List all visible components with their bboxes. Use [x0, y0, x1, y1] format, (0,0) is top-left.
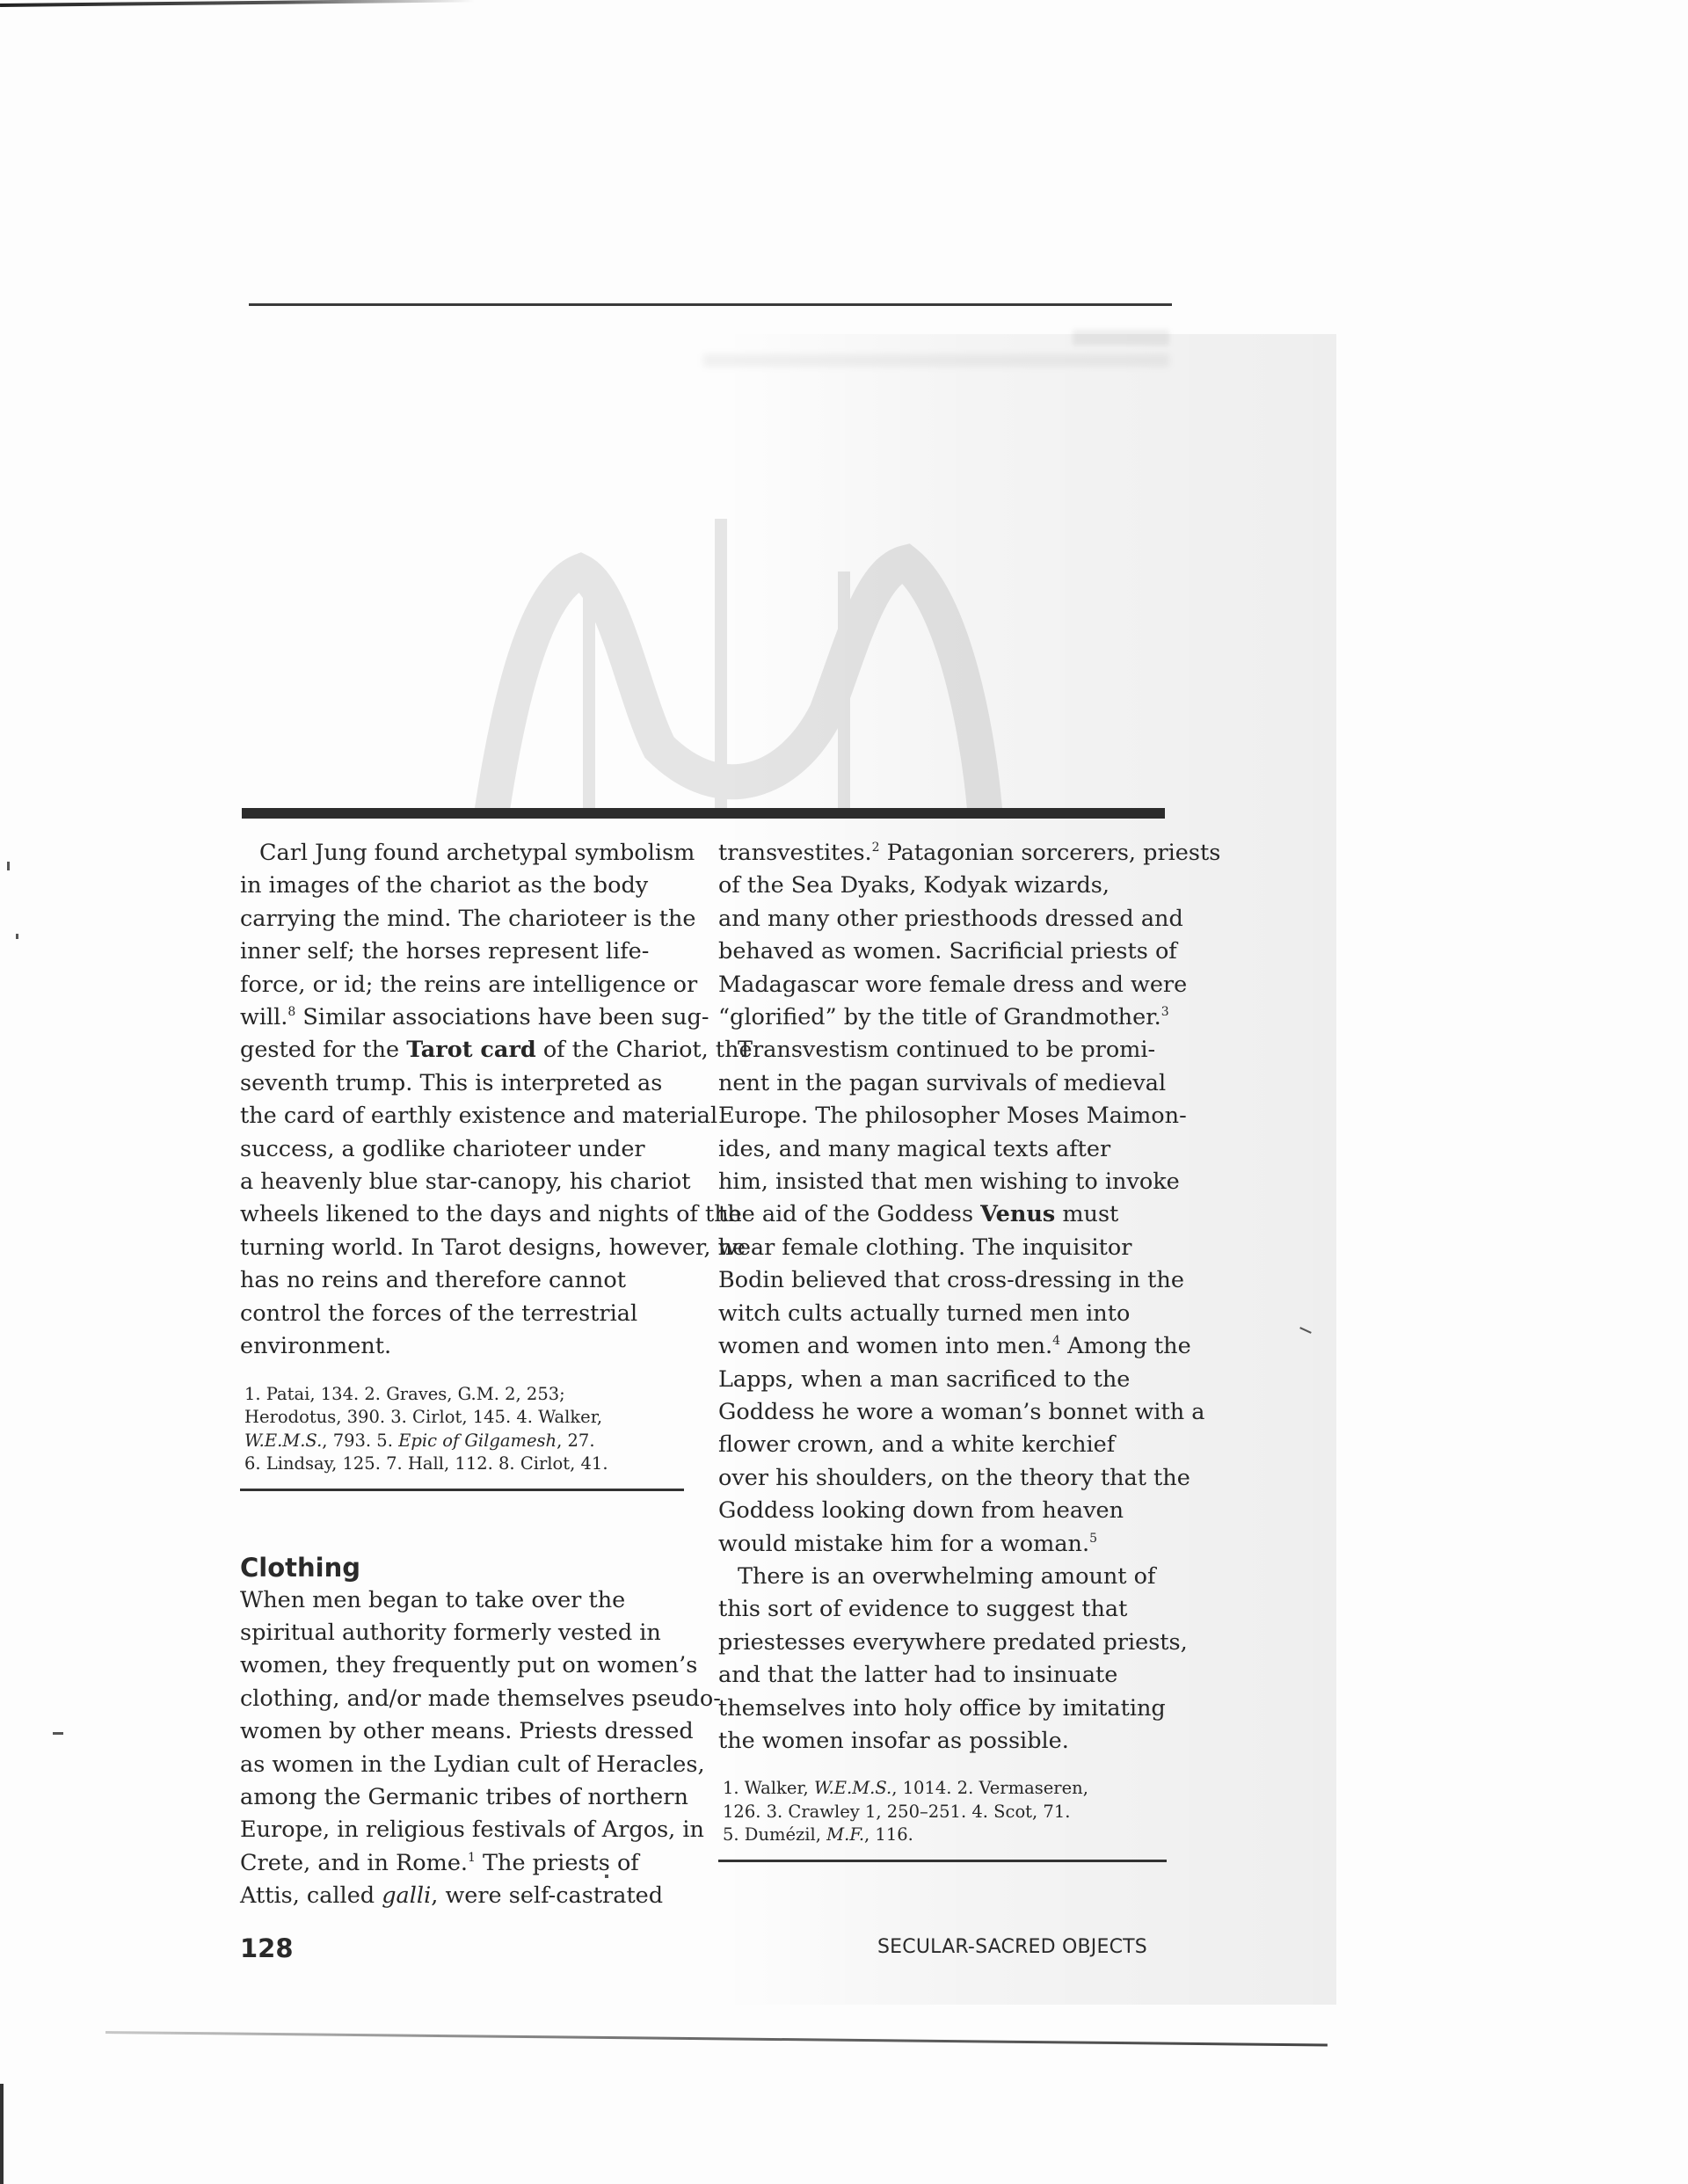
text-line: success, a godlike charioteer under — [240, 1133, 697, 1166]
text-line: nent in the pagan survivals of medieval — [718, 1067, 1180, 1100]
text-fragment: Patagonian sorcerers, priests — [880, 840, 1221, 866]
section-divider-bar — [242, 808, 1165, 819]
text-line: Goddess he wore a woman’s bonnet with a — [718, 1396, 1180, 1429]
footnote-line: 1. Patai, 134. 2. Graves, G.M. 2, 253; — [244, 1383, 697, 1407]
footnote-marker: 5 — [1089, 1532, 1097, 1546]
text-fragment: gested for the — [240, 1037, 406, 1063]
text-line: Bodin believed that cross-dressing in th… — [718, 1264, 1180, 1297]
text-line: women, they frequently put on women’s — [240, 1649, 697, 1682]
text-line: seventh trump. This is interpreted as — [240, 1067, 697, 1100]
text-line: and that the latter had to insinuate — [718, 1659, 1180, 1692]
scan-speck — [53, 1732, 63, 1735]
scan-edge-top — [0, 0, 475, 7]
text-line: “glorified” by the title of Grandmother.… — [718, 1001, 1180, 1034]
footnote-marker: 1 — [468, 1851, 476, 1865]
text-fragment: galli — [382, 1882, 431, 1909]
text-line: priestesses everywhere predated priests, — [718, 1627, 1180, 1659]
clothing-footnotes: 1. Walker, W.E.M.S., 1014. 2. Vermaseren… — [718, 1777, 1180, 1847]
text-line: the aid of the Goddess Venus must — [718, 1198, 1180, 1231]
text-line: as women in the Lydian cult of Heracles, — [240, 1749, 697, 1781]
text-line: Europe, in religious festivals of Argos,… — [240, 1814, 697, 1846]
text-line: There is an overwhelming amount of — [718, 1561, 1180, 1593]
footnote-line: 1. Walker, W.E.M.S., 1014. 2. Vermaseren… — [723, 1777, 1180, 1801]
text-line: in images of the chariot as the body — [240, 870, 697, 902]
text-line: force, or id; the reins are intelligence… — [240, 969, 697, 1001]
bleedthrough-heading — [1073, 330, 1169, 346]
conclusion-paragraph: There is an overwhelming amount of this … — [718, 1561, 1180, 1758]
text-line: the card of earthly existence and materi… — [240, 1100, 697, 1132]
text-fragment: M.F. — [826, 1824, 864, 1845]
text-line: Goddess looking down from heaven — [718, 1495, 1180, 1527]
text-line: spiritual authority formerly vested in — [240, 1617, 697, 1649]
text-line: among the Germanic tribes of northern — [240, 1781, 697, 1814]
text-line: the women insofar as possible. — [718, 1725, 1180, 1758]
text-line: flower crown, and a white kerchief — [718, 1429, 1180, 1461]
text-line: control the forces of the terrestrial — [240, 1298, 697, 1330]
text-line: Lapps, when a man sacrificed to the — [718, 1364, 1180, 1396]
text-line: has no reins and therefore cannot — [240, 1264, 697, 1297]
page-number: 128 — [240, 1933, 294, 1963]
right-column: transvestites.2 Patagonian sorcerers, pr… — [718, 837, 1180, 1862]
transvestism-paragraph: Transvestism continued to be promi- nent… — [718, 1034, 1180, 1561]
text-fragment: would mistake him for a woman. — [718, 1531, 1089, 1557]
bleedthrough-subheading — [703, 354, 1169, 367]
text-fragment: , 27. — [557, 1431, 594, 1451]
text-line: of the Sea Dyaks, Kodyak wizards, — [718, 870, 1180, 902]
text-fragment: Crete, and in Rome. — [240, 1850, 468, 1876]
text-line: gested for the Tarot card of the Chariot… — [240, 1034, 697, 1067]
text-fragment: must — [1055, 1201, 1118, 1227]
footnote-marker: 8 — [287, 1005, 295, 1019]
running-head: SECULAR-SACRED OBJECTS — [877, 1936, 1147, 1958]
text-fragment: the aid of the Goddess — [718, 1201, 980, 1227]
text-line: women and women into men.4 Among the — [718, 1330, 1180, 1363]
footnote-rule — [240, 1489, 684, 1491]
text-fragment: 1. Walker, — [723, 1778, 814, 1798]
text-line: environment. — [240, 1330, 697, 1363]
footnote-line: 126. 3. Crawley 1, 250–251. 4. Scot, 71. — [723, 1801, 1180, 1824]
text-line: wheels likened to the days and nights of… — [240, 1198, 697, 1231]
text-line: witch cults actually turned men into — [718, 1298, 1180, 1330]
text-line: women by other means. Priests dressed — [240, 1715, 697, 1748]
scan-edge-left — [0, 2084, 4, 2184]
footnote-rule — [718, 1860, 1167, 1862]
scan-edge-bottom — [105, 2031, 1328, 2047]
footnote-marker: 2 — [872, 841, 880, 855]
footnote-marker: 4 — [1052, 1334, 1060, 1348]
text-fragment: W.E.M.S. — [814, 1778, 891, 1798]
text-fragment: , 116. — [864, 1824, 913, 1845]
text-line: a heavenly blue star-canopy, his chariot — [240, 1166, 697, 1198]
text-fragment: 5. Dumézil, — [723, 1824, 826, 1845]
chariot-footnotes: 1. Patai, 134. 2. Graves, G.M. 2, 253; H… — [240, 1383, 697, 1476]
text-fragment: Similar associations have been sug- — [295, 1004, 709, 1030]
clothing-paragraph-continued: transvestites.2 Patagonian sorcerers, pr… — [718, 837, 1180, 1034]
text-fragment: will. — [240, 1004, 287, 1030]
text-fragment: The priests of — [476, 1850, 639, 1876]
chariot-paragraph: Carl Jung found archetypal symbolism in … — [240, 837, 697, 1364]
text-line: clothing, and/or made themselves pseudo- — [240, 1683, 697, 1715]
text-line: over his shoulders, on the theory that t… — [718, 1462, 1180, 1495]
footnote-line: 5. Dumézil, M.F., 116. — [723, 1824, 1180, 1847]
text-line: Carl Jung found archetypal symbolism — [240, 837, 697, 870]
text-line: carrying the mind. The charioteer is the — [240, 903, 697, 935]
text-line: Europe. The philosopher Moses Maimon- — [718, 1100, 1180, 1132]
text-line: themselves into holy office by imitating — [718, 1693, 1180, 1725]
footnote-marker: 3 — [1161, 1005, 1169, 1019]
text-line: him, insisted that men wishing to invoke — [718, 1166, 1180, 1198]
text-line: transvestites.2 Patagonian sorcerers, pr… — [718, 837, 1180, 870]
footnote-line: Herodotus, 390. 3. Cirlot, 145. 4. Walke… — [244, 1406, 697, 1430]
text-line: inner self; the horses represent life- — [240, 935, 697, 968]
text-fragment: Among the — [1060, 1333, 1191, 1359]
text-line: will.8 Similar associations have been su… — [240, 1001, 697, 1034]
text-fragment: , 793. 5. — [322, 1431, 398, 1451]
section-title-clothing: Clothing — [240, 1551, 697, 1584]
text-line: ides, and many magical texts after — [718, 1133, 1180, 1166]
text-fragment: , were self-castrated — [431, 1882, 663, 1909]
text-fragment: transvestites. — [718, 840, 872, 866]
text-line: turning world. In Tarot designs, however… — [240, 1232, 697, 1264]
text-line: this sort of evidence to suggest that — [718, 1593, 1180, 1626]
scan-speck — [16, 934, 18, 939]
text-line: and many other priesthoods dressed and — [718, 903, 1180, 935]
text-fragment: Attis, called — [240, 1882, 382, 1909]
footnote-line: W.E.M.S., 793. 5. Epic of Gilgamesh, 27. — [244, 1430, 697, 1453]
scan-speck — [7, 862, 10, 870]
left-column: Carl Jung found archetypal symbolism in … — [240, 837, 697, 1913]
scan-speck — [605, 1875, 608, 1878]
text-line: Attis, called galli, were self-castrated — [240, 1880, 697, 1912]
text-fragment: women and women into men. — [718, 1333, 1052, 1359]
text-line: Transvestism continued to be promi- — [718, 1034, 1180, 1067]
text-fragment: “glorified” by the title of Grandmother. — [718, 1004, 1161, 1030]
text-line: wear female clothing. The inquisitor — [718, 1232, 1180, 1264]
text-line: Madagascar wore female dress and were — [718, 969, 1180, 1001]
text-line: would mistake him for a woman.5 — [718, 1528, 1180, 1561]
text-fragment: , 1014. 2. Vermaseren, — [891, 1778, 1088, 1798]
header-rule — [249, 303, 1172, 306]
text-fragment: Epic of Gilgamesh — [398, 1431, 557, 1451]
text-line: When men began to take over the — [240, 1584, 697, 1617]
text-line: Crete, and in Rome.1 The priests of — [240, 1847, 697, 1880]
text-line: behaved as women. Sacrificial priests of — [718, 935, 1180, 968]
bleedthrough-chariot-illustration — [457, 519, 1002, 818]
text-fragment: W.E.M.S. — [244, 1431, 322, 1451]
footnote-line: 6. Lindsay, 125. 7. Hall, 112. 8. Cirlot… — [244, 1452, 697, 1476]
clothing-paragraph: When men began to take over the spiritua… — [240, 1584, 697, 1913]
cross-reference-venus: Venus — [980, 1201, 1055, 1227]
cross-reference-tarot-card: Tarot card — [406, 1037, 535, 1063]
